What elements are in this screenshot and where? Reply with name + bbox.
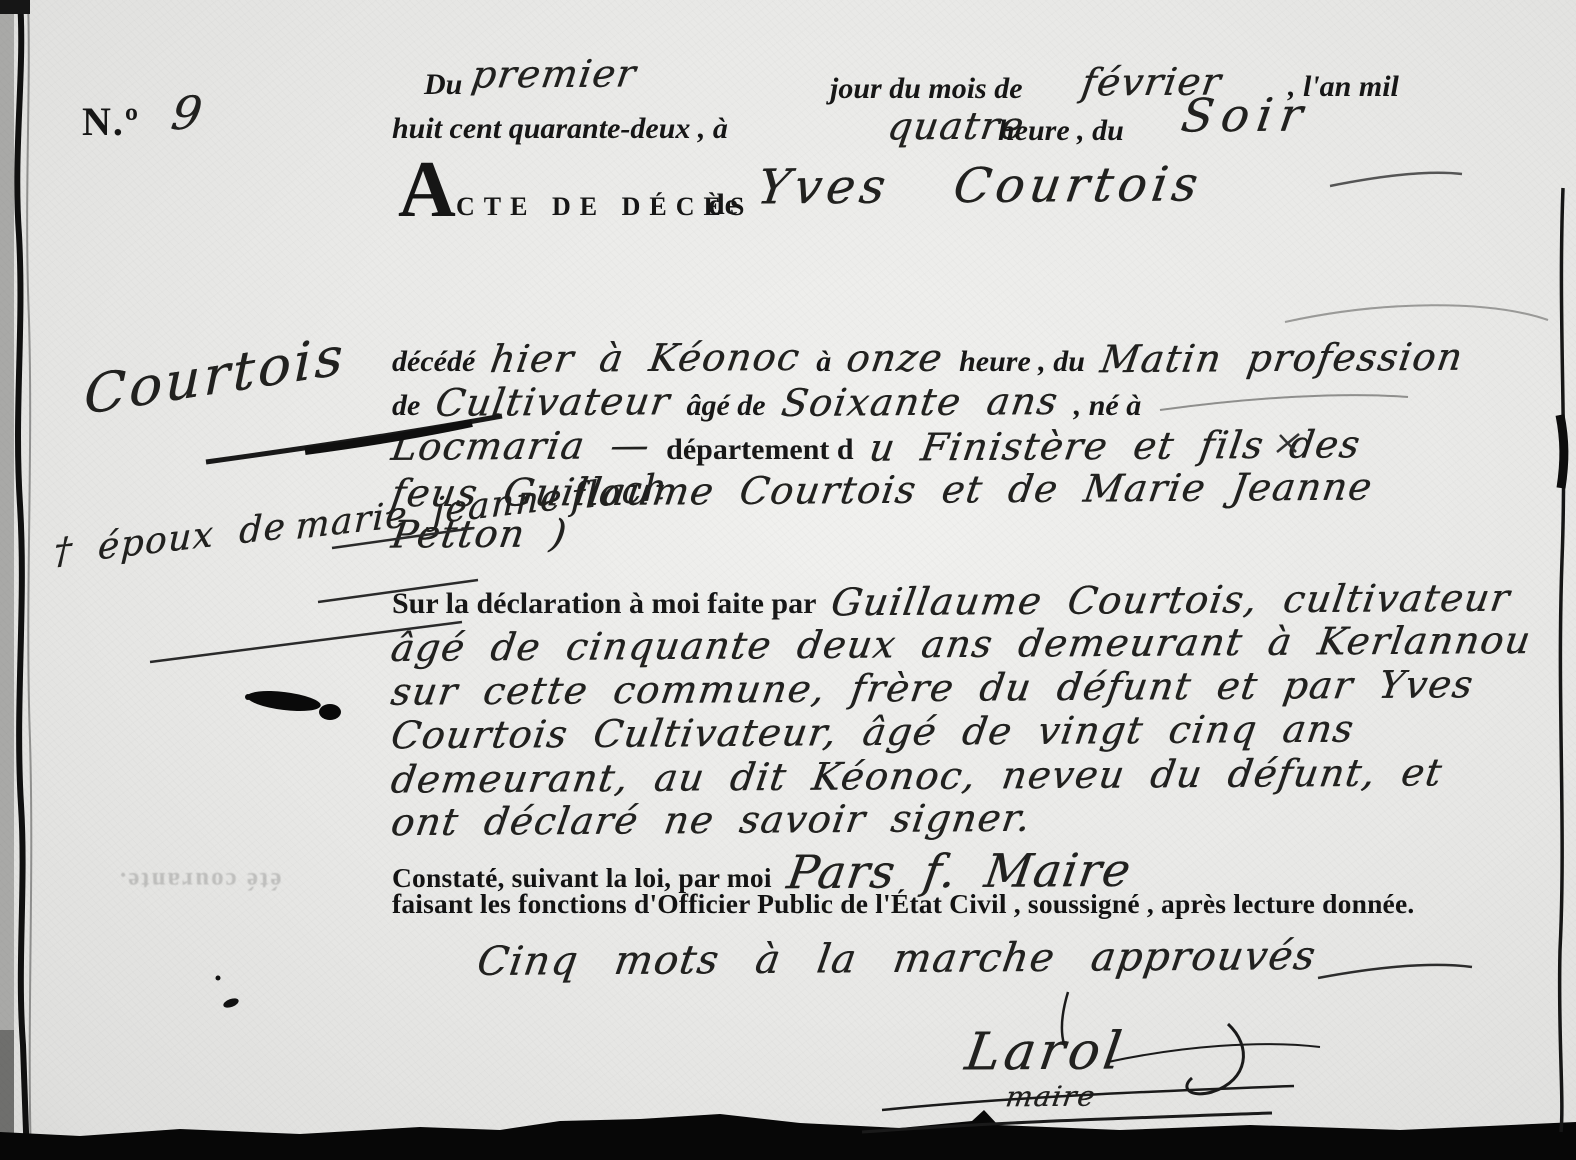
approval-flourish	[1318, 965, 1472, 978]
printed-segment: décédé	[392, 345, 475, 378]
deceased-name-handwritten: Yves Courtois	[754, 156, 1207, 215]
handwritten-segment: Soixante ans	[778, 379, 1061, 425]
bottom-scan-edge	[0, 1110, 1576, 1160]
act-number-label: N.º	[82, 98, 140, 145]
text-line: Courtois Cultivateur, âgé de vingt cinq …	[392, 710, 1567, 754]
ink-speck-1	[216, 976, 221, 981]
marginal-approval-note: Cinq mots à la marche approuvés	[474, 933, 1319, 985]
ink-blot	[245, 688, 341, 720]
handwritten-segment: Cultivateur	[433, 379, 674, 425]
closing-attestation: Constaté, suivant la loi, par moiPars f.…	[392, 844, 1567, 932]
form-jour-du-mois-de: jour du mois de	[830, 72, 1023, 106]
form-year-line: huit cent quarante-deux , à	[392, 112, 728, 146]
handwritten-segment: ont déclaré ne savoir signer.	[388, 796, 1034, 844]
handwritten-segment: hier à Kéonoc	[488, 335, 804, 381]
mayor-signature-title: maire	[1003, 1080, 1098, 1114]
text-line: Locmaria —département du Finistère et fi…	[392, 424, 1562, 468]
text-line: Sur la déclaration à moi faite parGuilla…	[392, 578, 1567, 622]
act-number-value: 9	[168, 86, 207, 140]
binding-edge-shadow	[27, 0, 31, 1160]
handwritten-segment: Petton )	[389, 511, 571, 556]
faded-arc-1	[1285, 305, 1548, 322]
handwritten-segment: Courtois Cultivateur, âgé de vingt cinq …	[388, 707, 1357, 758]
text-line: Constaté, suivant la loi, par moiPars f.…	[392, 844, 1567, 888]
margin-note-line1: † époux de	[52, 500, 287, 581]
corner-mark	[0, 0, 30, 14]
body-decease-paragraph: décédéhier à Kéonocàonzeheure , duMatin …	[392, 336, 1562, 556]
text-line: décédéhier à Kéonocàonzeheure , duMatin …	[392, 336, 1562, 380]
text-line: Petton )	[392, 512, 1562, 556]
handwritten-segment: Guillaume Courtois, cultivateur	[829, 576, 1514, 625]
acte-title-dropcap: A	[398, 150, 456, 230]
death-certificate-scan: N.º 9 Du premier jour du mois de février…	[0, 0, 1576, 1160]
margin-surname: Courtois	[83, 324, 346, 427]
handwritten-day: premier	[469, 51, 640, 96]
handwritten-segment: Locmaria —	[389, 423, 654, 469]
text-line: deCultivateurâgé deSoixante ans, né à	[392, 380, 1562, 424]
printed-segment: Sur la déclaration à moi faite par	[392, 587, 816, 620]
printed-segment: à	[816, 345, 831, 378]
text-line: ont déclaré ne savoir signer.	[392, 798, 1567, 842]
printed-segment: âgé de	[686, 389, 765, 422]
acte-title-de: de	[708, 188, 738, 222]
text-line: faisant les fonctions d'Officier Public …	[392, 888, 1567, 932]
mayor-signature: Larol	[961, 1021, 1129, 1082]
printed-segment: département d	[666, 433, 853, 466]
form-heure-du: heure , du	[998, 114, 1124, 148]
handwritten-segment: feus Guillaume Courtois et de Marie Jean…	[388, 465, 1376, 516]
soir-flourish	[1330, 173, 1462, 186]
printed-segment: faisant les fonctions d'Officier Public …	[392, 888, 1414, 919]
printed-segment: de	[392, 389, 420, 422]
text-line: âgé de cinquante deux ans demeurant à Ke…	[392, 622, 1567, 666]
form-word-du: Du	[424, 68, 462, 102]
gutter-strip	[0, 0, 14, 1160]
body-declaration-paragraph: Sur la déclaration à moi faite parGuilla…	[392, 578, 1567, 842]
handwritten-segment: u Finistère et fils des	[866, 422, 1363, 469]
ink-speck-2	[222, 997, 240, 1010]
printed-segment: , né à	[1074, 389, 1142, 422]
text-line: feus Guillaume Courtois et de Marie Jean…	[392, 468, 1562, 512]
gutter-strip-bottom	[0, 1030, 14, 1160]
handwritten-period: Soir	[1178, 88, 1314, 143]
binding-edge-line	[17, 0, 27, 1160]
text-line: sur cette commune, frère du défunt et pa…	[392, 666, 1567, 710]
printed-segment: heure , du	[959, 345, 1085, 378]
bleed-through-text: été courante.	[118, 866, 281, 894]
handwritten-segment: Matin profession	[1097, 335, 1466, 382]
text-line: demeurant, au dit Kéonoc, neveu du défun…	[392, 754, 1567, 798]
handwritten-segment: onze	[844, 336, 947, 381]
handwritten-segment: demeurant, au dit Kéonoc, neveu du défun…	[388, 750, 1446, 801]
